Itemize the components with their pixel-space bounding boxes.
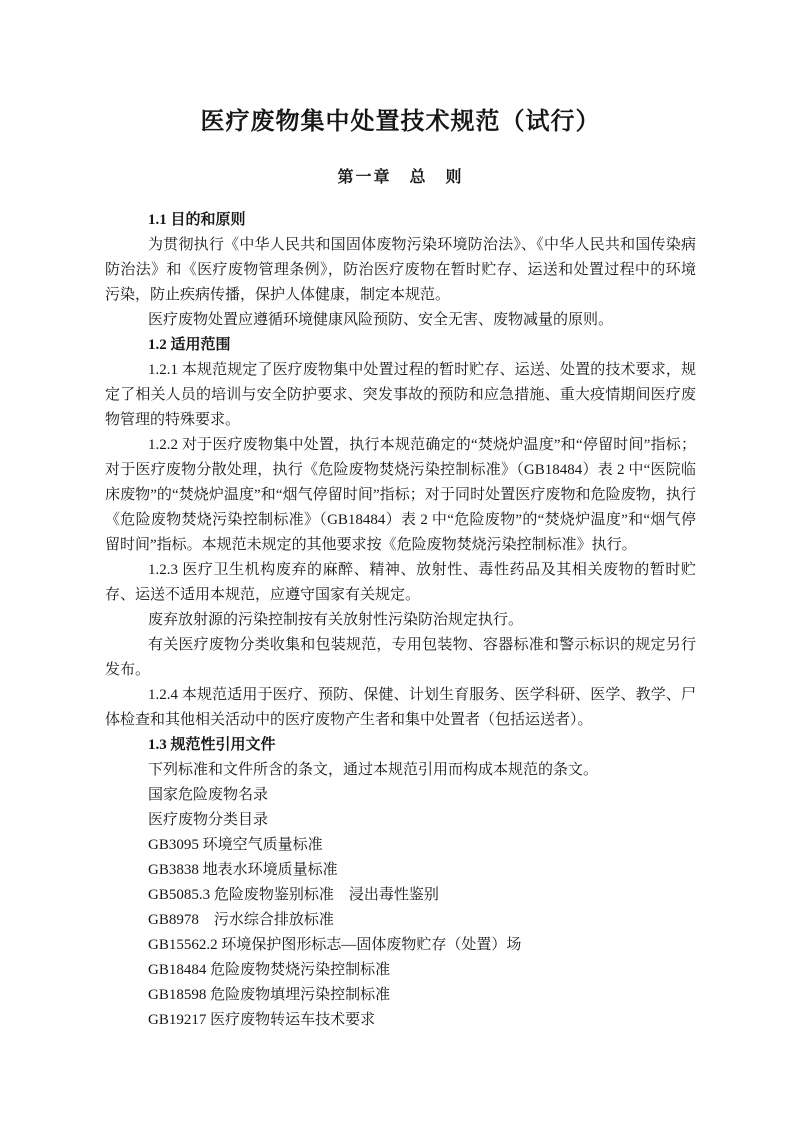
- reference-item: GB15562.2 环境保护图形标志—固体废物贮存（处置）场: [105, 933, 696, 958]
- paragraph-principles: 医疗废物处置应遵循环境健康风险预防、安全无害、废物减量的原则。: [105, 308, 696, 333]
- reference-item: GB5085.3 危险废物鉴别标准 浸出毒性鉴别: [105, 883, 696, 908]
- paragraph-packaging-rules: 有关医疗废物分类收集和包装规范，专用包装物、容器标准和警示标识的规定另行发布。: [105, 633, 696, 683]
- section-heading-1-3: 1.3 规范性引用文件: [105, 733, 696, 758]
- reference-item: GB3095 环境空气质量标准: [105, 833, 696, 858]
- reference-item: GB3838 地表水环境质量标准: [105, 858, 696, 883]
- section-heading-1-1: 1.1 目的和原则: [105, 208, 696, 233]
- paragraph-purpose: 为贯彻执行《中华人民共和国固体废物污染环境防治法》、《中华人民共和国传染病防治法…: [105, 233, 696, 308]
- reference-item: GB8978 污水综合排放标准: [105, 908, 696, 933]
- reference-item: GB18484 危险废物焚烧污染控制标准: [105, 958, 696, 983]
- doc-body: 1.1 目的和原则 为贯彻执行《中华人民共和国固体废物污染环境防治法》、《中华人…: [105, 208, 696, 1033]
- document-page: 医疗废物集中处置技术规范（试行） 第一章 总 则 1.1 目的和原则 为贯彻执行…: [0, 0, 800, 1132]
- paragraph-refs-intro: 下列标准和文件所含的条文，通过本规范引用而构成本规范的条文。: [105, 758, 696, 783]
- section-heading-1-2: 1.2 适用范围: [105, 333, 696, 358]
- paragraph-radioactive-source: 废弃放射源的污染控制按有关放射性污染防治规定执行。: [105, 608, 696, 633]
- chapter-heading: 第一章 总 则: [105, 167, 696, 189]
- doc-title: 医疗废物集中处置技术规范（试行）: [105, 106, 696, 138]
- paragraph-1-2-4: 1.2.4 本规范适用于医疗、预防、保健、计划生育服务、医学科研、医学、教学、尸…: [105, 683, 696, 733]
- paragraph-1-2-2: 1.2.2 对于医疗废物集中处置，执行本规范确定的“焚烧炉温度”和“停留时间”指…: [105, 433, 696, 558]
- reference-item: GB18598 危险废物填埋污染控制标准: [105, 983, 696, 1008]
- reference-item: 医疗废物分类目录: [105, 808, 696, 833]
- reference-item: GB19217 医疗废物转运车技术要求: [105, 1008, 696, 1033]
- reference-item: 国家危险废物名录: [105, 783, 696, 808]
- paragraph-1-2-3: 1.2.3 医疗卫生机构废弃的麻醉、精神、放射性、毒性药品及其相关废物的暂时贮存…: [105, 558, 696, 608]
- paragraph-1-2-1: 1.2.1 本规范规定了医疗废物集中处置过程的暂时贮存、运送、处置的技术要求，规…: [105, 358, 696, 433]
